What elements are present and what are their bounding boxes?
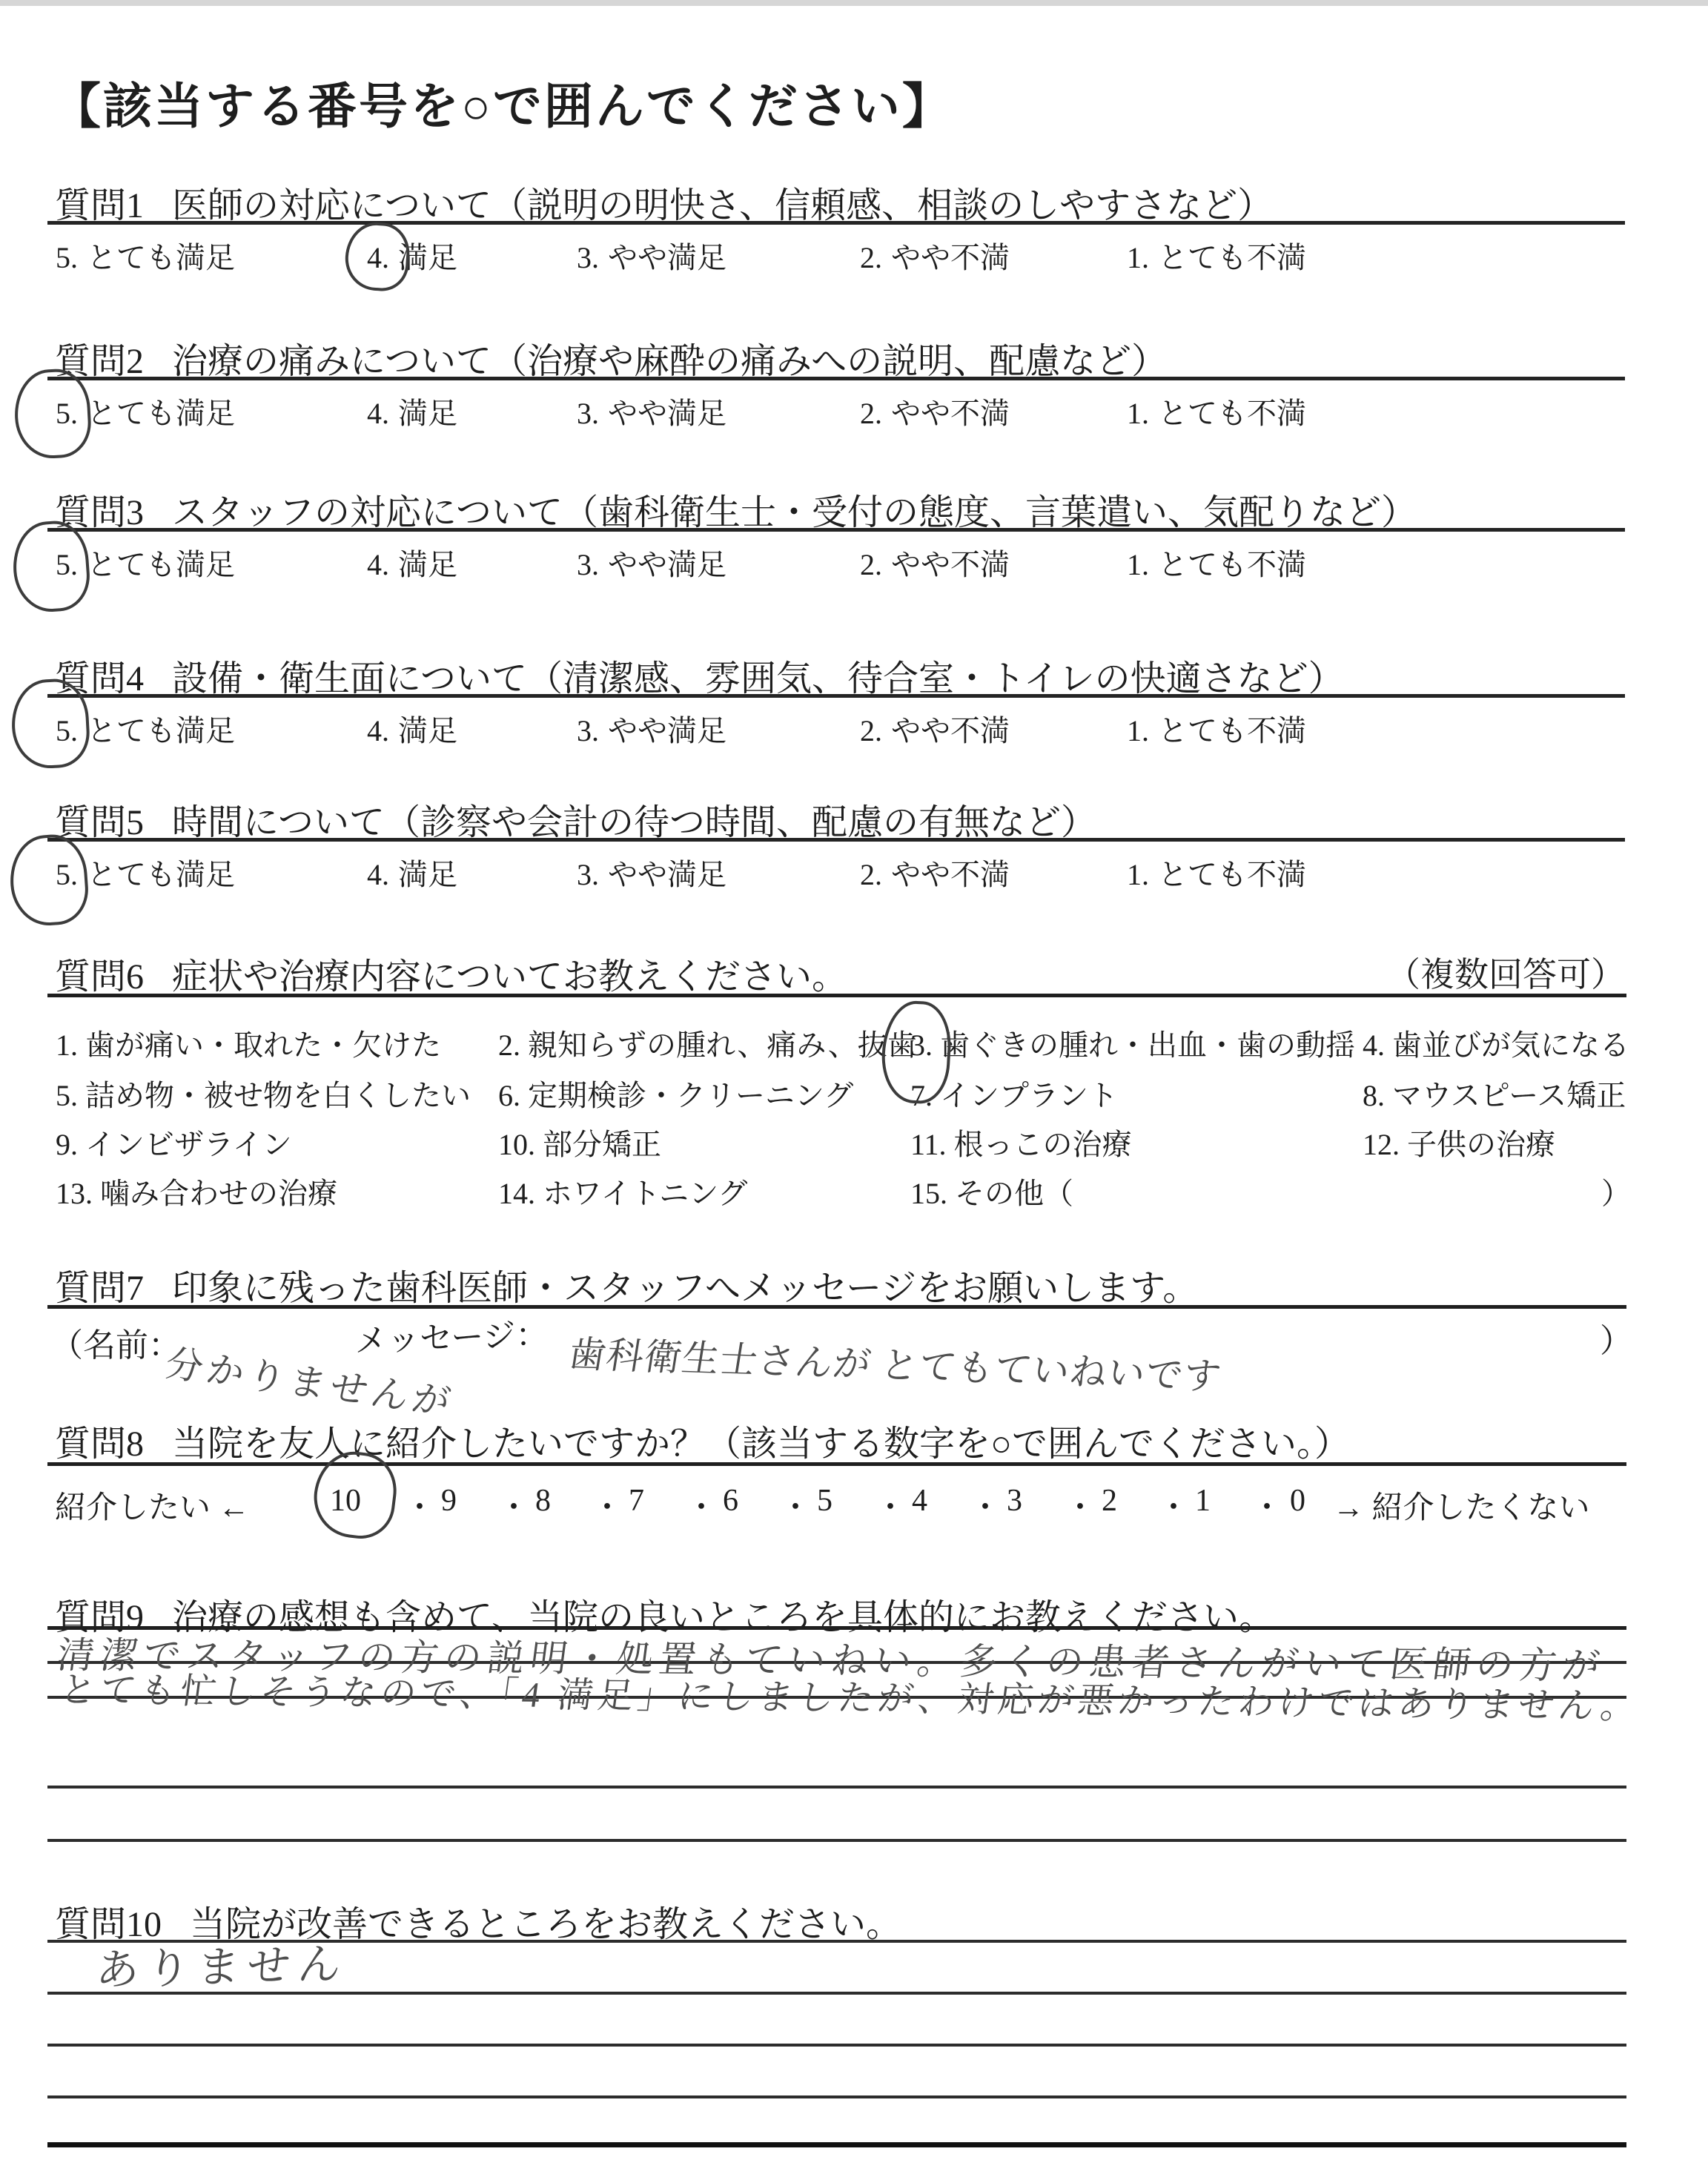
writing-line xyxy=(47,1839,1626,1842)
scale-number-2: 2 xyxy=(1102,1483,1117,1519)
q6-item-11: 11.根っこの治療 xyxy=(910,1121,1132,1163)
writing-line xyxy=(47,2095,1626,2098)
q6-item-6: 6.定期検診・クリーニング xyxy=(498,1072,853,1114)
option-4: 4.満足 xyxy=(367,707,457,750)
dot-separator: ・ xyxy=(1065,1483,1096,1527)
question-6-heading: 質問6症状や治療内容についてお教えください。 xyxy=(55,948,847,999)
multi-answer-note: （複数回答可） xyxy=(1386,948,1625,997)
q6-item-3: 3.歯ぐきの腫れ・出血・歯の動揺 xyxy=(910,1022,1355,1064)
question-3-section: 質問3スタッフの対応について（歯科衛生士・受付の態度、言葉遣い、気配りなど） 5… xyxy=(0,483,1708,610)
option-1: 1.とても不満 xyxy=(1127,390,1306,432)
option-2: 2.やや不満 xyxy=(860,390,1010,432)
question-4-section: 質問4設備・衛生面について（清潔感、雰囲気、待合室・トイレの快適さなど） 5.と… xyxy=(0,650,1708,776)
writing-line xyxy=(47,1786,1626,1789)
dot-separator: ・ xyxy=(498,1483,529,1527)
question-3-heading: 質問3スタッフの対応について（歯科衛生士・受付の態度、言葉遣い、気配りなど） xyxy=(55,483,1417,535)
q6-item-10: 10.部分矯正 xyxy=(498,1121,661,1163)
rating-options-row: 5.とても満足 4.満足 3.やや満足 2.やや不満 1.とても不満 xyxy=(0,707,1708,755)
question-4-heading: 質問4設備・衛生面について（清潔感、雰囲気、待合室・トイレの快適さなど） xyxy=(55,650,1344,701)
scale-number-8: 8 xyxy=(535,1483,551,1519)
question-number: 質問7 xyxy=(55,1269,144,1308)
scale-number-5: 5 xyxy=(817,1483,833,1519)
scale-right-label: → 紹介したくない xyxy=(1333,1483,1590,1527)
header-underline xyxy=(47,1305,1626,1309)
q6-item-4: 4.歯並びが気になる xyxy=(1363,1022,1629,1064)
question-1-section: 質問1医師の対応について（説明の明快さ、信頼感、相談のしやすさなど） 5.とても… xyxy=(0,176,1708,303)
pen-circle-q6-item-3 xyxy=(879,1000,953,1106)
option-2: 2.やや不満 xyxy=(860,707,1010,750)
q6-item-14: 14.ホワイトニング xyxy=(498,1170,747,1212)
q6-item-15-close-paren: ） xyxy=(1601,1170,1631,1212)
option-3: 3.やや満足 xyxy=(577,541,726,584)
scan-edge xyxy=(0,0,1708,6)
dot-separator: ・ xyxy=(970,1483,1001,1527)
handwritten-q10-answer: ありません xyxy=(94,1929,350,1998)
option-1: 1.とても不満 xyxy=(1127,234,1306,277)
option-3: 3.やや満足 xyxy=(577,234,726,277)
dot-separator: ・ xyxy=(404,1483,435,1527)
q6-item-9: 9.インビザライン xyxy=(56,1121,292,1163)
dot-separator: ・ xyxy=(780,1483,811,1527)
question-2-heading: 質問2治療の痛みについて（治療や麻酔の痛みへの説明、配慮など） xyxy=(55,332,1167,383)
scale-left-label: 紹介したい ← xyxy=(55,1483,250,1527)
option-1: 1.とても不満 xyxy=(1127,707,1306,750)
question-2-section: 質問2治療の痛みについて（治療や麻酔の痛みへの説明、配慮など） 5.とても満足 … xyxy=(0,332,1708,458)
question-number: 質問8 xyxy=(55,1424,144,1464)
question-text: 治療の痛みについて（治療や麻酔の痛みへの説明、配慮など） xyxy=(172,342,1167,381)
question-number: 質問5 xyxy=(55,803,144,842)
q6-item-1: 1.歯が痛い・取れた・欠けた xyxy=(56,1022,441,1064)
scale-number-0: 0 xyxy=(1290,1483,1305,1519)
question-number: 質問6 xyxy=(55,957,144,997)
option-2: 2.やや不満 xyxy=(860,234,1010,277)
header-underline xyxy=(47,694,1625,698)
dot-separator: ・ xyxy=(875,1483,906,1527)
header-underline xyxy=(47,221,1625,225)
question-1-heading: 質問1医師の対応について（説明の明快さ、信頼感、相談のしやすさなど） xyxy=(55,176,1273,228)
close-paren: ） xyxy=(1600,1314,1632,1361)
question-text: 設備・衛生面について（清潔感、雰囲気、待合室・トイレの快適さなど） xyxy=(172,659,1344,698)
header-underline xyxy=(47,377,1625,380)
q6-item-15: 15.その他（ xyxy=(910,1170,1073,1212)
question-text: 印象に残った歯科医師・スタッフへメッセージをお願いします。 xyxy=(172,1269,1198,1308)
option-4: 4.満足 xyxy=(367,541,457,584)
question-8-heading: 質問8当院を友人に紹介したいですか？（該当する数字を○で囲んでください。） xyxy=(55,1415,1350,1466)
handwritten-message-answer: 歯科衛生士さんが とてもていねいです xyxy=(565,1324,1225,1400)
question-text: 時間について（診察や会計の待つ時間、配慮の有無など） xyxy=(172,803,1096,842)
rating-options-row: 5.とても満足 4.満足 3.やや満足 2.やや不満 1.とても不満 xyxy=(0,851,1708,899)
scale-number-9: 9 xyxy=(441,1483,457,1519)
option-1: 1.とても不満 xyxy=(1127,851,1306,894)
q6-item-12: 12.子供の治療 xyxy=(1363,1121,1555,1163)
option-3: 3.やや満足 xyxy=(577,851,726,894)
scale-number-4: 4 xyxy=(912,1483,927,1519)
header-underline xyxy=(47,838,1625,842)
page-title: 【該当する番号を○で囲んでください】 xyxy=(52,67,953,137)
writing-line xyxy=(47,2044,1626,2047)
q6-item-13: 13.噛み合わせの治療 xyxy=(56,1170,337,1212)
q6-item-5: 5.詰め物・被せ物を白くしたい xyxy=(56,1072,471,1114)
question-number: 質問1 xyxy=(55,186,144,225)
option-3: 3.やや満足 xyxy=(577,390,726,432)
dot-separator: ・ xyxy=(592,1483,623,1527)
scale-number-7: 7 xyxy=(629,1483,644,1519)
header-underline xyxy=(47,528,1625,532)
q6-item-2: 2.親知らずの腫れ、痛み、抜歯 xyxy=(498,1022,917,1064)
header-underline xyxy=(47,1462,1626,1466)
dot-separator: ・ xyxy=(1251,1483,1282,1527)
option-2: 2.やや不満 xyxy=(860,541,1010,584)
question-text: 医師の対応について（説明の明快さ、信頼感、相談のしやすさなど） xyxy=(172,186,1273,225)
rating-options-row: 5.とても満足 4.満足 3.やや満足 2.やや不満 1.とても不満 xyxy=(0,234,1708,282)
scale-number-3: 3 xyxy=(1007,1483,1022,1519)
question-5-heading: 質問5時間について（診察や会計の待つ時間、配慮の有無など） xyxy=(55,793,1096,845)
rating-options-row: 5.とても満足 4.満足 3.やや満足 2.やや不満 1.とても不満 xyxy=(0,390,1708,437)
option-5: 5.とても満足 xyxy=(56,234,235,277)
option-1: 1.とても不満 xyxy=(1127,541,1306,584)
option-2: 2.やや不満 xyxy=(860,851,1010,894)
dot-separator: ・ xyxy=(1158,1483,1189,1527)
question-7-heading: 質問7印象に残った歯科医師・スタッフへメッセージをお願いします。 xyxy=(55,1259,1198,1310)
question-text: 症状や治療内容についてお教えください。 xyxy=(172,957,847,997)
option-4: 4.満足 xyxy=(367,390,457,432)
name-field-label: （名前： xyxy=(50,1318,181,1366)
option-3: 3.やや満足 xyxy=(577,707,726,750)
q6-item-8: 8.マウスピース矯正 xyxy=(1363,1072,1626,1114)
scale-number-1: 1 xyxy=(1195,1483,1211,1519)
bottom-rule xyxy=(47,2142,1626,2147)
question-5-section: 質問5時間について（診察や会計の待つ時間、配慮の有無など） 5.とても満足 4.… xyxy=(0,793,1708,919)
scale-number-6: 6 xyxy=(723,1483,738,1519)
rating-options-row: 5.とても満足 4.満足 3.やや満足 2.やや不満 1.とても不満 xyxy=(0,541,1708,589)
dot-separator: ・ xyxy=(686,1483,717,1527)
survey-form-page: 【該当する番号を○で囲んでください】 質問1医師の対応について（説明の明快さ、信… xyxy=(0,0,1708,2160)
option-4: 4.満足 xyxy=(367,851,457,894)
header-underline xyxy=(47,994,1626,997)
message-field-label: メッセージ： xyxy=(354,1307,549,1361)
question-text: スタッフの対応について（歯科衛生士・受付の態度、言葉遣い、気配りなど） xyxy=(172,493,1417,532)
